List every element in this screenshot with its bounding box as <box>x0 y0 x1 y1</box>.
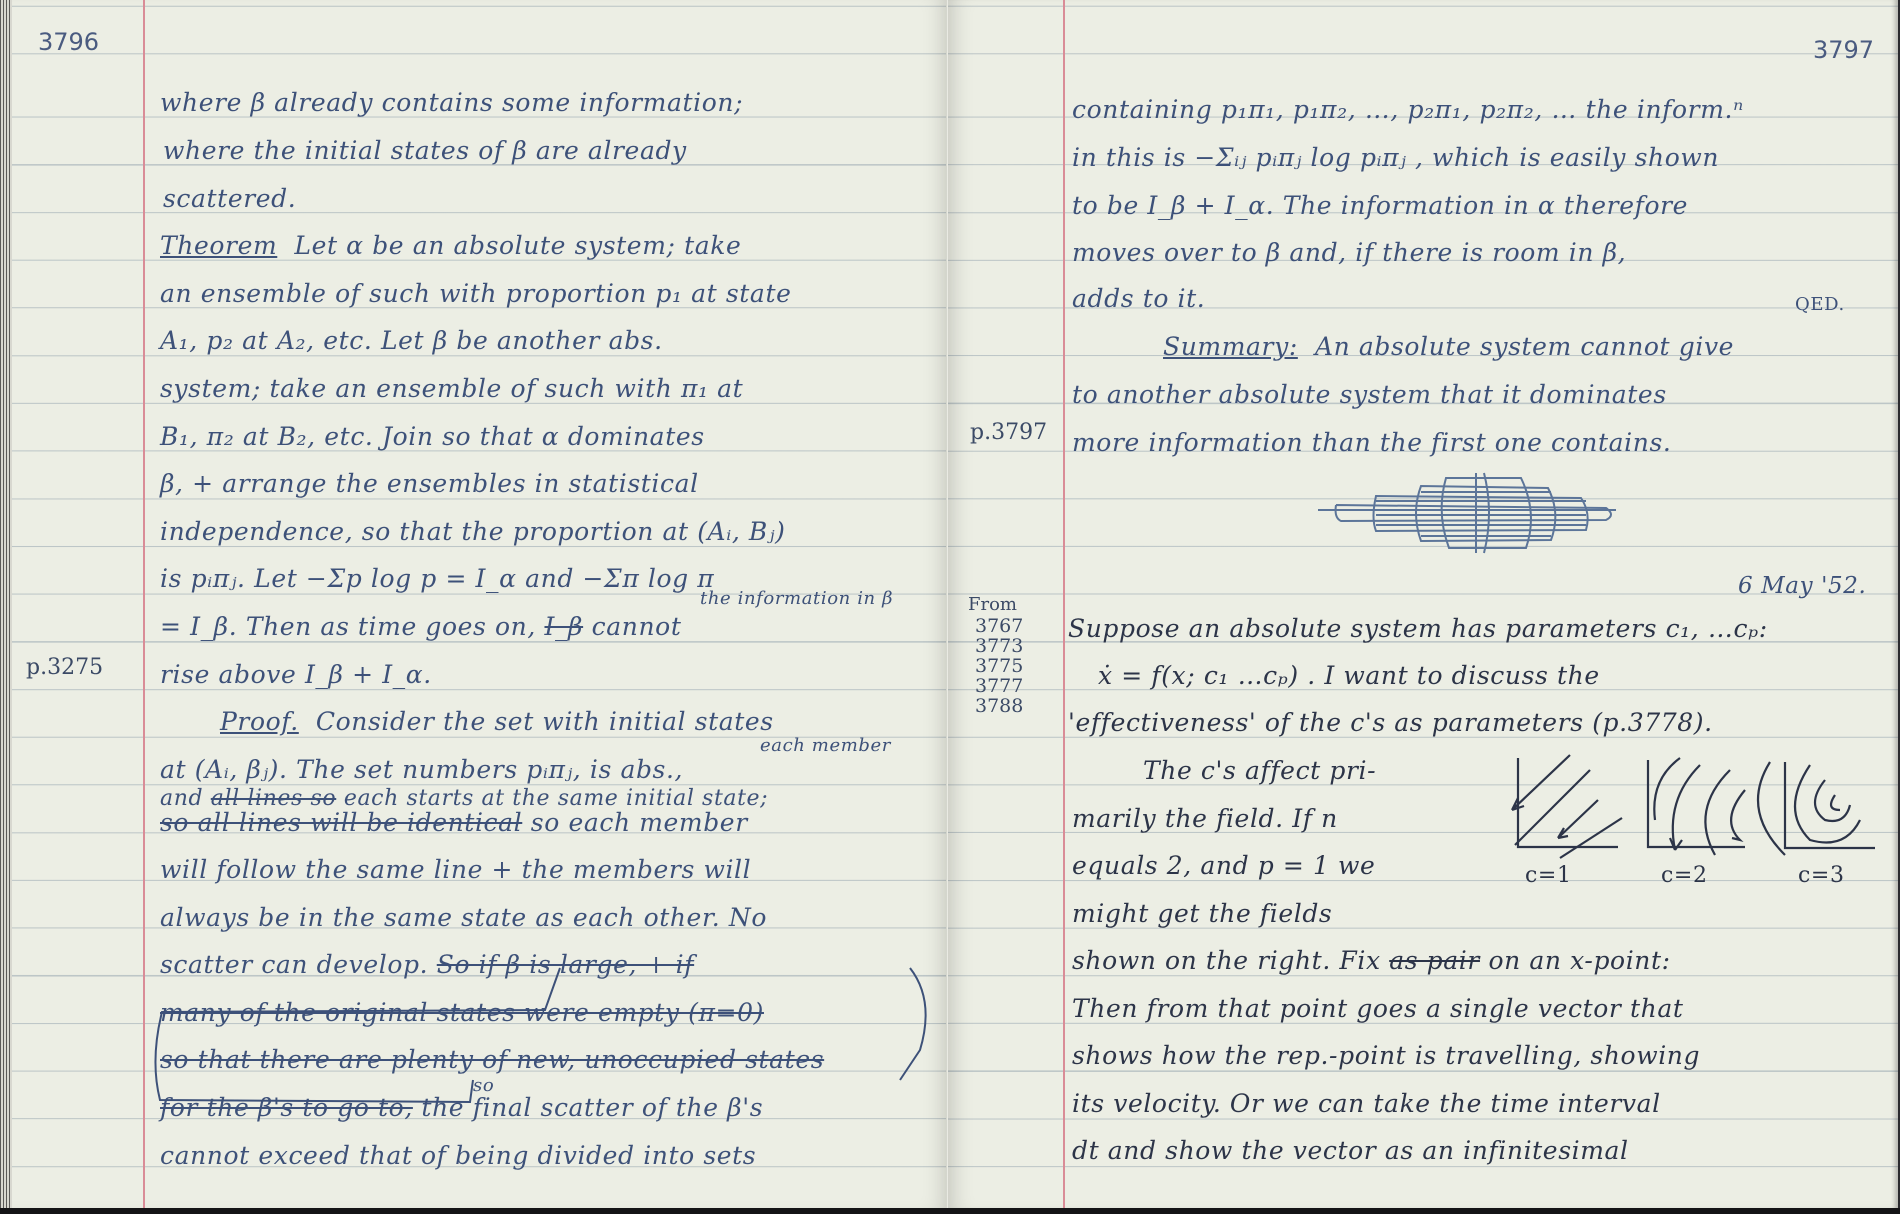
field-label: c=1 <box>1525 863 1572 888</box>
right-page: 3797 p.3797 containing p₁π₁, p₁π₂, …, p₂… <box>948 0 1898 1208</box>
page-number: 3797 <box>1813 36 1874 64</box>
text-line: to another absolute system that it domin… <box>1072 380 1667 409</box>
text-line: Summary: An absolute system cannot give <box>1163 332 1734 361</box>
text-line: Then from that point goes a single vecto… <box>1072 994 1683 1023</box>
from-ref: 3777 <box>975 675 1023 697</box>
text-line: ẋ = f(x; c₁ …cₚ) . I want to discuss the <box>1098 661 1600 690</box>
deletion-bracket <box>0 0 948 1208</box>
text-line: more information than the first one cont… <box>1072 428 1671 457</box>
text-line: shows how the rep.-point is travelling, … <box>1072 1041 1700 1070</box>
from-label: From <box>968 594 1017 615</box>
text-line: its velocity. Or we can take the time in… <box>1072 1089 1661 1118</box>
text-line: Suppose an absolute system has parameter… <box>1068 614 1768 643</box>
text-line: shown on the right. Fix as pair on an x-… <box>1072 946 1671 975</box>
text-line: moves over to β and, if there is room in… <box>1072 238 1626 267</box>
right-margin-rule <box>1063 0 1065 1208</box>
left-page: 3796 p.3275 where β already contains som… <box>0 0 948 1208</box>
text-line: to be I_β + I_α. The information in α th… <box>1072 191 1688 220</box>
text-line: equals 2, and p = 1 we <box>1072 851 1375 880</box>
text-line: adds to it. <box>1072 284 1205 313</box>
from-ref: 3775 <box>975 655 1023 677</box>
text-line: 'effectiveness' of the c's as parameters… <box>1068 708 1713 737</box>
margin-reference: p.3797 <box>970 420 1047 445</box>
bottom-edge <box>0 1208 1900 1214</box>
field-label: c=3 <box>1798 863 1845 888</box>
qed-mark: QED. <box>1795 294 1845 315</box>
from-ref: 3788 <box>975 695 1023 717</box>
text-line: containing p₁π₁, p₁π₂, …, p₂π₁, p₂π₂, … … <box>1072 95 1744 124</box>
date-entry: 6 May '52. <box>1738 573 1866 599</box>
from-ref: 3773 <box>975 635 1023 657</box>
field-diagrams <box>1500 750 1845 860</box>
notebook-spread: 3796 p.3275 where β already contains som… <box>0 0 1900 1208</box>
text-line: in this is −Σᵢⱼ pᵢπⱼ log pᵢπⱼ , which is… <box>1072 143 1719 172</box>
from-ref: 3767 <box>975 615 1023 637</box>
text-line: dt and show the vector as an infinitesim… <box>1072 1136 1629 1165</box>
text-line: marily the field. If n <box>1072 804 1338 833</box>
summary-label: Summary: <box>1163 332 1298 361</box>
field-label: c=2 <box>1661 863 1708 888</box>
text-line: The c's affect pri- <box>1143 756 1376 785</box>
text-line: might get the fields <box>1072 899 1332 928</box>
spindle-diagram <box>1316 468 1636 558</box>
